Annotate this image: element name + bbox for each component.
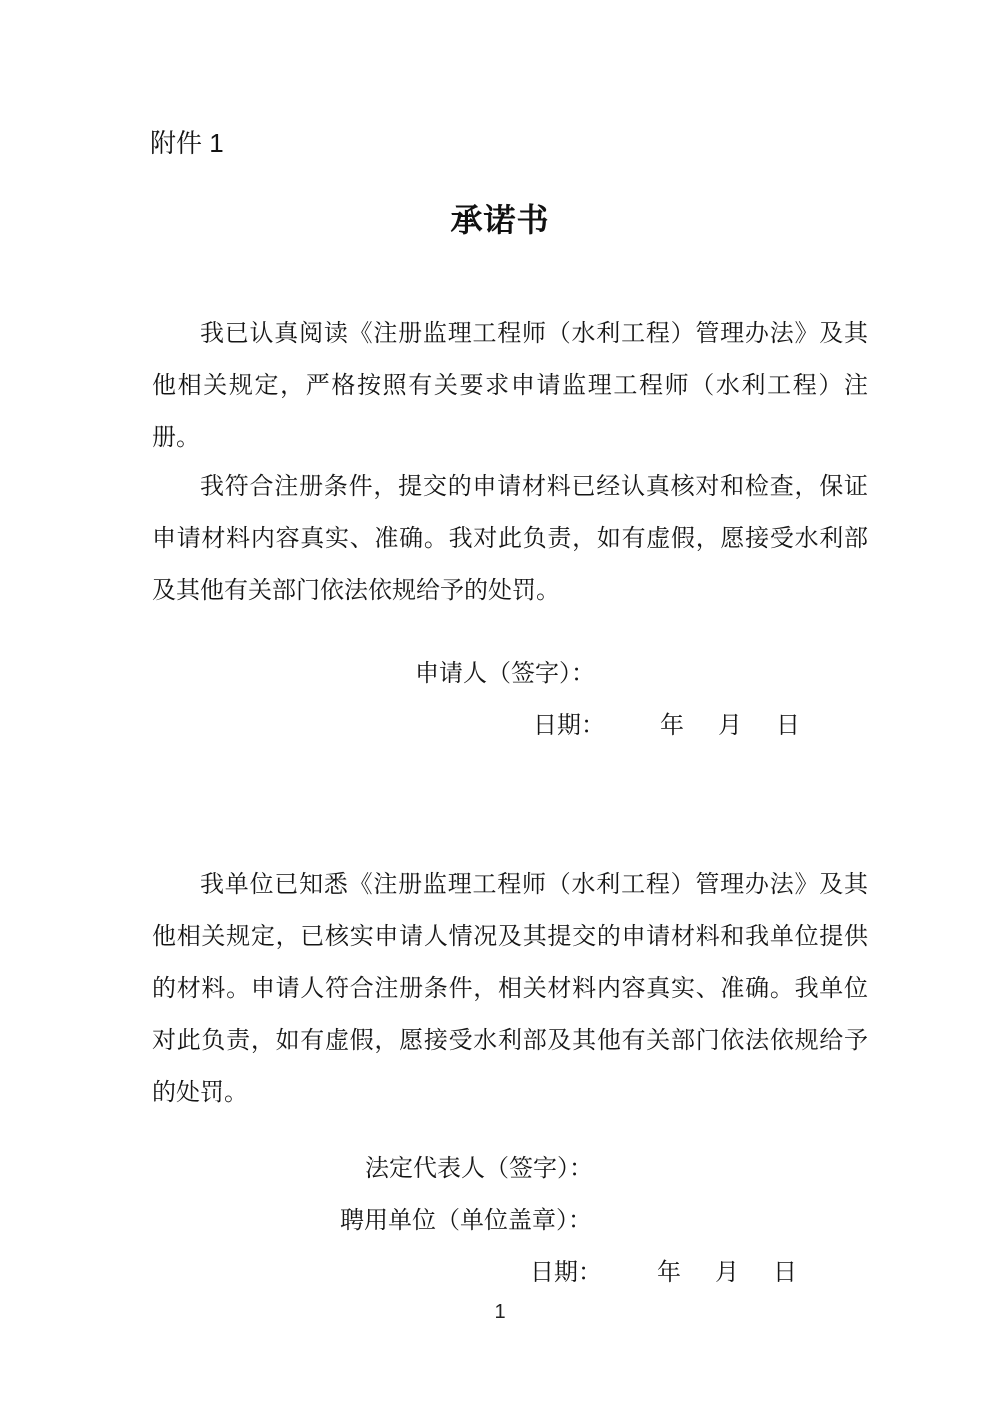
page-number: 1 [0,1299,1000,1325]
applicant-signature-label: 申请人（签字）： [415,659,595,689]
month-label: 月 [715,1260,739,1286]
paragraph-line: 的处罚。 [152,1067,868,1119]
month-label: 月 [718,713,742,739]
paragraph-line: 他相关规定，严格按照有关要求申请监理工程师（水利工程）注 [152,360,868,412]
paragraph-line: 的材料。申请人符合注册条件，相关材料内容真实、准确。我单位 [152,963,868,1015]
date-label: 日期： [530,1260,602,1286]
year-label: 年 [660,713,684,739]
paragraph-line: 他相关规定，已核实申请人情况及其提交的申请材料和我单位提供 [152,911,868,963]
applicant-date-line: 日期：年月日 [533,711,800,741]
document-title: 承诺书 [0,200,1000,240]
attachment-label: 附件 1 [150,126,224,160]
applicant-paragraph-2: 我符合注册条件，提交的申请材料已经认真核对和检查，保证 申请材料内容真实、准确。… [152,461,868,617]
paragraph-line: 册。 [152,412,868,464]
document-page: 附件 1 承诺书 我已认真阅读《注册监理工程师（水利工程）管理办法》及其 他相关… [0,0,1000,1414]
employer-paragraph: 我单位已知悉《注册监理工程师（水利工程）管理办法》及其 他相关规定，已核实申请人… [152,859,868,1119]
paragraph-line: 我符合注册条件，提交的申请材料已经认真核对和检查，保证 [152,461,868,513]
date-label: 日期： [533,713,605,739]
employer-date-line: 日期：年月日 [530,1258,797,1288]
day-label: 日 [773,1260,797,1286]
day-label: 日 [776,713,800,739]
legal-representative-signature-label: 法定代表人（签字）： [365,1154,593,1184]
paragraph-line: 申请材料内容真实、准确。我对此负责，如有虚假，愿接受水利部 [152,513,868,565]
employer-seal-label: 聘用单位（单位盖章）： [340,1206,592,1236]
paragraph-line: 及其他有关部门依法依规给予的处罚。 [152,565,868,617]
paragraph-line: 我已认真阅读《注册监理工程师（水利工程）管理办法》及其 [152,308,868,360]
applicant-paragraph-1: 我已认真阅读《注册监理工程师（水利工程）管理办法》及其 他相关规定，严格按照有关… [152,308,868,464]
paragraph-line: 我单位已知悉《注册监理工程师（水利工程）管理办法》及其 [152,859,868,911]
paragraph-line: 对此负责，如有虚假，愿接受水利部及其他有关部门依法依规给予 [152,1015,868,1067]
year-label: 年 [657,1260,681,1286]
